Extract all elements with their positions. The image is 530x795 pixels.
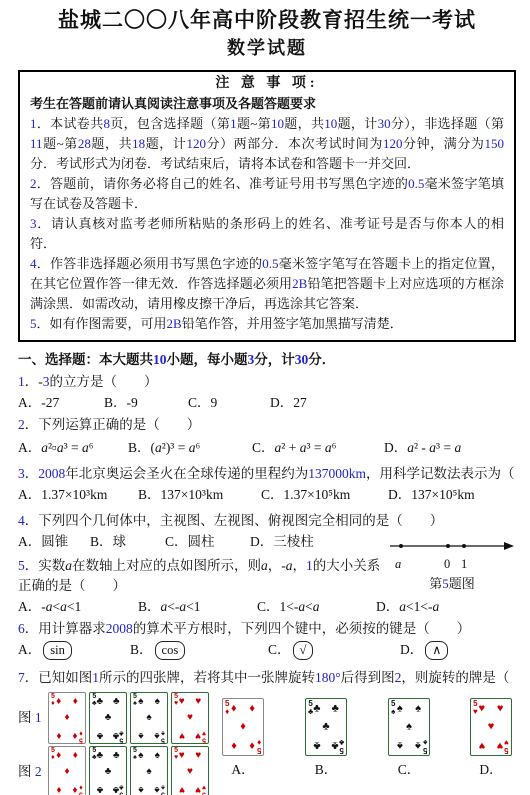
card-corner-index: 5♥ bbox=[504, 739, 509, 754]
q4-option-a: A．圆锥 bbox=[18, 532, 90, 552]
power-key-button: ∧ bbox=[425, 641, 448, 660]
diamonds-pip-icon: ♦ bbox=[73, 784, 78, 794]
card-corner-index: 5♠ bbox=[391, 700, 395, 715]
notice-intro: 考生在答题前请认真阅读注意事项及各题答题要求 bbox=[30, 94, 504, 114]
card-corner-index: 5♥ bbox=[174, 748, 178, 761]
playing-card-five-of-clubs: 5♣5♣♣♣♣♣♣ bbox=[305, 698, 347, 756]
playing-card-five-of-diamonds: 5♦5♦♦♦♦♦♦ bbox=[48, 692, 86, 744]
card-corner-index: 5♥ bbox=[202, 783, 206, 795]
notice-item-3: 3．请认真核对监考老师所粘贴的条形码上的姓名、准考证号是否与你本人的相符． bbox=[30, 214, 504, 254]
q7-option-c-label: C． bbox=[388, 760, 430, 780]
question-1-stem: 1．-3的立方是（ ） bbox=[18, 372, 516, 392]
card-corner-index: 5♦ bbox=[257, 739, 261, 754]
sin-key-button: sin bbox=[43, 641, 72, 660]
paper-subtitle: 数学试题 bbox=[18, 38, 516, 58]
playing-card-five-of-hearts: 5♥5♥♥♥♥♥♥ bbox=[470, 698, 512, 756]
diamonds-pip-icon: ♦ bbox=[73, 751, 78, 761]
card-corner-index: 5♦ bbox=[79, 729, 83, 742]
playing-card-five-of-spades: 5♠5♠♠♠♠♠♠ bbox=[388, 698, 430, 756]
q3-option-a: A．1.37×10³km bbox=[18, 485, 138, 505]
hearts-pip-icon: ♥ bbox=[195, 751, 201, 761]
spades-pip-icon: ♠ bbox=[397, 703, 403, 714]
diamonds-pip-icon: ♦ bbox=[73, 730, 78, 740]
card-corner-index: 5♦ bbox=[225, 700, 229, 715]
card-corner-index: 5♠ bbox=[133, 748, 137, 761]
playing-card-five-of-hearts: 5♥5♥♥♥♥♥♥ bbox=[171, 746, 209, 795]
card-corner-index: 5♦ bbox=[51, 748, 55, 761]
card-corner-index: 5♦ bbox=[51, 694, 55, 707]
playing-card-five-of-diamonds: 5♦5♦♦♦♦♦♦ bbox=[48, 746, 86, 795]
paper-title: 盐城二〇〇八年高中阶段教育招生统一考试 bbox=[18, 10, 516, 30]
playing-card-five-of-hearts: 5♥5♥♥♥♥♥♥ bbox=[171, 692, 209, 744]
clubs-pip-icon: ♣ bbox=[113, 730, 120, 740]
question-2-stem: 2．下列运算正确的是（ ） bbox=[18, 415, 516, 435]
hearts-pip-icon: ♥ bbox=[497, 703, 504, 714]
card-corner-index: 5♥ bbox=[202, 729, 206, 742]
cos-key-button: cos bbox=[155, 641, 186, 660]
point-0-dot bbox=[446, 544, 450, 548]
clubs-pip-icon: ♣ bbox=[332, 703, 339, 714]
q4-option-b: B．球 bbox=[90, 532, 165, 552]
question-5-stem: 5．实数a在数轴上对应的点如图所示，则a，-a，1的大小关系正确的是（ ） bbox=[18, 556, 390, 596]
q2-option-b: B．(a²)³ = a⁶ bbox=[128, 436, 252, 460]
q1-option-a: A．-27 bbox=[18, 393, 104, 413]
spades-pip-icon: ♠ bbox=[406, 722, 412, 733]
card-corner-index: 5♥ bbox=[174, 694, 178, 707]
q6-option-a: A．sin bbox=[18, 640, 130, 660]
playing-card-five-of-clubs: 5♣5♣♣♣♣♣♣ bbox=[89, 746, 127, 795]
hearts-pip-icon: ♥ bbox=[179, 730, 185, 740]
diamonds-pip-icon: ♦ bbox=[231, 740, 237, 751]
spades-pip-icon: ♠ bbox=[138, 751, 143, 761]
q5-option-b: B．a<-a<1 bbox=[138, 597, 257, 617]
spades-pip-icon: ♠ bbox=[155, 697, 160, 707]
card-corner-index: 5♣ bbox=[119, 729, 124, 742]
q4-option-c: C．圆柱 bbox=[165, 532, 250, 552]
clubs-pip-icon: ♣ bbox=[96, 784, 103, 794]
diamonds-pip-icon: ♦ bbox=[56, 697, 61, 707]
hearts-pip-icon: ♥ bbox=[179, 784, 185, 794]
label-1: 1 bbox=[461, 556, 467, 572]
card-corner-index: 5♣ bbox=[339, 739, 344, 754]
hearts-pip-icon: ♥ bbox=[488, 722, 495, 733]
q5-option-c: C．1<-a<a bbox=[257, 597, 376, 617]
q3-option-c: C．1.37×10⁵km bbox=[261, 485, 388, 505]
q5-option-a: A．-a<a<1 bbox=[18, 597, 138, 617]
playing-card-five-of-spades: 5♠5♠♠♠♠♠♠ bbox=[130, 746, 168, 795]
sqrt-key-button: √ bbox=[293, 641, 314, 660]
figure-5-caption: 第5题图 bbox=[388, 576, 516, 592]
diamonds-pip-icon: ♦ bbox=[64, 767, 69, 777]
clubs-pip-icon: ♣ bbox=[322, 722, 329, 733]
question-1-options: A．-27 B．-9 C．9 D．27 bbox=[18, 393, 516, 413]
card-corner-index: 5♣ bbox=[119, 783, 124, 795]
section-header: 一、选择题：本大题共10小题，每小题3分，计30分． bbox=[18, 350, 516, 370]
clubs-pip-icon: ♣ bbox=[96, 730, 103, 740]
card-corner-index: 5♦ bbox=[79, 783, 83, 795]
q6-option-d: D．∧ bbox=[400, 640, 448, 660]
q2-option-d: D．a² - a³ = a bbox=[384, 436, 461, 460]
notice-box: 注 意 事 项: 考生在答题前请认真阅读注意事项及各题答题要求 1．本试卷共8页… bbox=[18, 70, 516, 342]
playing-card-five-of-clubs: 5♣5♣♣♣♣♣♣ bbox=[89, 692, 127, 744]
number-line-figure bbox=[388, 534, 516, 556]
point-1-dot bbox=[462, 544, 466, 548]
clubs-pip-icon: ♣ bbox=[105, 767, 112, 777]
clubs-pip-icon: ♣ bbox=[113, 697, 120, 707]
spades-pip-icon: ♠ bbox=[155, 784, 160, 794]
card-corner-index: 5♠ bbox=[161, 783, 165, 795]
q2-option-a: A．a²▫a³ = a⁶ bbox=[18, 436, 128, 460]
hearts-pip-icon: ♥ bbox=[179, 697, 185, 707]
question-4-stem: 4．下列四个几何体中，主视图、左视图、俯视图完全相同的是（ ） bbox=[18, 511, 516, 531]
question-5-figure: a 0 1 第5题图 bbox=[388, 534, 516, 592]
playing-card-five-of-spades: 5♠5♠♠♠♠♠♠ bbox=[130, 692, 168, 744]
diamonds-pip-icon: ♦ bbox=[231, 703, 237, 714]
point-a-dot bbox=[399, 544, 403, 548]
q2-option-c: C．a² + a³ = a⁶ bbox=[252, 436, 384, 460]
exam-paper-page: 盐城二〇〇八年高中阶段教育招生统一考试 数学试题 注 意 事 项: 考生在答题前… bbox=[0, 0, 530, 795]
hearts-pip-icon: ♥ bbox=[195, 730, 201, 740]
notice-item-1: 1．本试卷共8页，包含选择题（第1题~第10题，共10题，计30分），非选择题（… bbox=[30, 114, 504, 174]
arrowhead-icon bbox=[504, 542, 514, 550]
diamonds-pip-icon: ♦ bbox=[249, 703, 255, 714]
card-corner-index: 5♥ bbox=[473, 700, 478, 715]
hearts-pip-icon: ♥ bbox=[479, 740, 486, 751]
spades-pip-icon: ♠ bbox=[146, 713, 151, 723]
q7-option-b-label: B． bbox=[305, 760, 347, 780]
hearts-pip-icon: ♥ bbox=[187, 713, 193, 723]
playing-card-five-of-diamonds: 5♦5♦♦♦♦♦♦ bbox=[222, 698, 264, 756]
hearts-pip-icon: ♥ bbox=[195, 697, 201, 707]
hearts-pip-icon: ♥ bbox=[195, 784, 201, 794]
question-2-options: A．a²▫a³ = a⁶ B．(a²)³ = a⁶ C．a² + a³ = a⁶… bbox=[18, 436, 516, 460]
notice-item-2: 2．答题前，请你务必将自己的姓名、准考证号用书写黑色字迹的0.5毫米签字笔填写在… bbox=[30, 174, 504, 214]
clubs-pip-icon: ♣ bbox=[113, 751, 120, 761]
spades-pip-icon: ♠ bbox=[138, 697, 143, 707]
q1-option-c: C．9 bbox=[188, 393, 270, 413]
clubs-pip-icon: ♣ bbox=[313, 740, 320, 751]
notice-item-5: 5．如有作图需要，可用2B铅笔作答，并用签字笔加黑描写清楚． bbox=[30, 314, 504, 334]
diamonds-pip-icon: ♦ bbox=[56, 730, 61, 740]
q7-option-a-label: A． bbox=[222, 760, 264, 780]
q7-figure: 图 1 图 2 A． B． C． D． 5♦5♦♦♦♦♦♦5♣5♣♣♣♣♣♣5♠… bbox=[18, 690, 516, 795]
hearts-pip-icon: ♥ bbox=[479, 703, 486, 714]
q6-option-c: C．√ bbox=[268, 640, 400, 660]
diamonds-pip-icon: ♦ bbox=[73, 697, 78, 707]
spades-pip-icon: ♠ bbox=[155, 730, 160, 740]
spades-pip-icon: ♠ bbox=[146, 767, 151, 777]
q7-option-d-label: D． bbox=[470, 760, 512, 780]
q1-option-d: D．27 bbox=[270, 393, 307, 413]
diamonds-pip-icon: ♦ bbox=[240, 722, 246, 733]
clubs-pip-icon: ♣ bbox=[332, 740, 339, 751]
spades-pip-icon: ♠ bbox=[415, 703, 421, 714]
clubs-pip-icon: ♣ bbox=[105, 713, 112, 723]
card-corner-index: 5♠ bbox=[133, 694, 137, 707]
question-3-options: A．1.37×10³km B．137×10³km C．1.37×10⁵km D．… bbox=[18, 485, 516, 505]
question-5-options: A．-a<a<1 B．a<-a<1 C．1<-a<a D．a<1<-a bbox=[18, 597, 516, 617]
q3-option-b: B．137×10³km bbox=[138, 485, 261, 505]
question-3-stem: 3．2008年北京奥运会圣火在全球传递的里程约为137000km，用科学记数法表… bbox=[18, 464, 516, 484]
spades-pip-icon: ♠ bbox=[138, 730, 143, 740]
diamonds-pip-icon: ♦ bbox=[64, 713, 69, 723]
figure-2-label: 图 2 bbox=[18, 762, 42, 782]
q5-option-d: D．a<1<-a bbox=[376, 597, 439, 617]
card-corner-index: 5♠ bbox=[423, 739, 427, 754]
spades-pip-icon: ♠ bbox=[138, 784, 143, 794]
question-6-stem: 6．用计算器求2008的算术平方根时，下列四个键中，必须按的键是（ ） bbox=[18, 619, 516, 639]
card-corner-index: 5♠ bbox=[161, 729, 165, 742]
q3-option-d: D．137×10⁵km bbox=[388, 485, 475, 505]
hearts-pip-icon: ♥ bbox=[187, 767, 193, 777]
q6-option-b: B．cos bbox=[130, 640, 268, 660]
notice-heading: 注 意 事 项: bbox=[30, 74, 504, 94]
label-0: 0 bbox=[444, 556, 450, 572]
question-7-stem: 7．已知如图1所示的四张牌，若将其中一张牌旋转180°后得到图2，则旋转的牌是（… bbox=[18, 668, 516, 688]
clubs-pip-icon: ♣ bbox=[96, 751, 103, 761]
q4-option-d: D．三棱柱 bbox=[250, 532, 314, 552]
spades-pip-icon: ♠ bbox=[415, 740, 421, 751]
diamonds-pip-icon: ♦ bbox=[249, 740, 255, 751]
hearts-pip-icon: ♥ bbox=[497, 740, 504, 751]
label-a: a bbox=[395, 556, 401, 572]
number-line-labels: a 0 1 bbox=[388, 560, 516, 574]
notice-item-4: 4．作答非选择题必须用书写黑色字迹的0.5毫米签字笔写在答题卡上的指定位置，在其… bbox=[30, 254, 504, 314]
question-6-options: A．sin B．cos C．√ D．∧ bbox=[18, 640, 516, 660]
diamonds-pip-icon: ♦ bbox=[56, 784, 61, 794]
question-5-block: 5．实数a在数轴上对应的点如图所示，则a，-a，1的大小关系正确的是（ ） a … bbox=[18, 556, 516, 596]
figure-1-label: 图 1 bbox=[18, 708, 42, 728]
clubs-pip-icon: ♣ bbox=[313, 703, 320, 714]
clubs-pip-icon: ♣ bbox=[96, 697, 103, 707]
spades-pip-icon: ♠ bbox=[397, 740, 403, 751]
clubs-pip-icon: ♣ bbox=[113, 784, 120, 794]
q1-option-b: B．-9 bbox=[104, 393, 188, 413]
hearts-pip-icon: ♥ bbox=[179, 751, 185, 761]
diamonds-pip-icon: ♦ bbox=[56, 751, 61, 761]
spades-pip-icon: ♠ bbox=[155, 751, 160, 761]
